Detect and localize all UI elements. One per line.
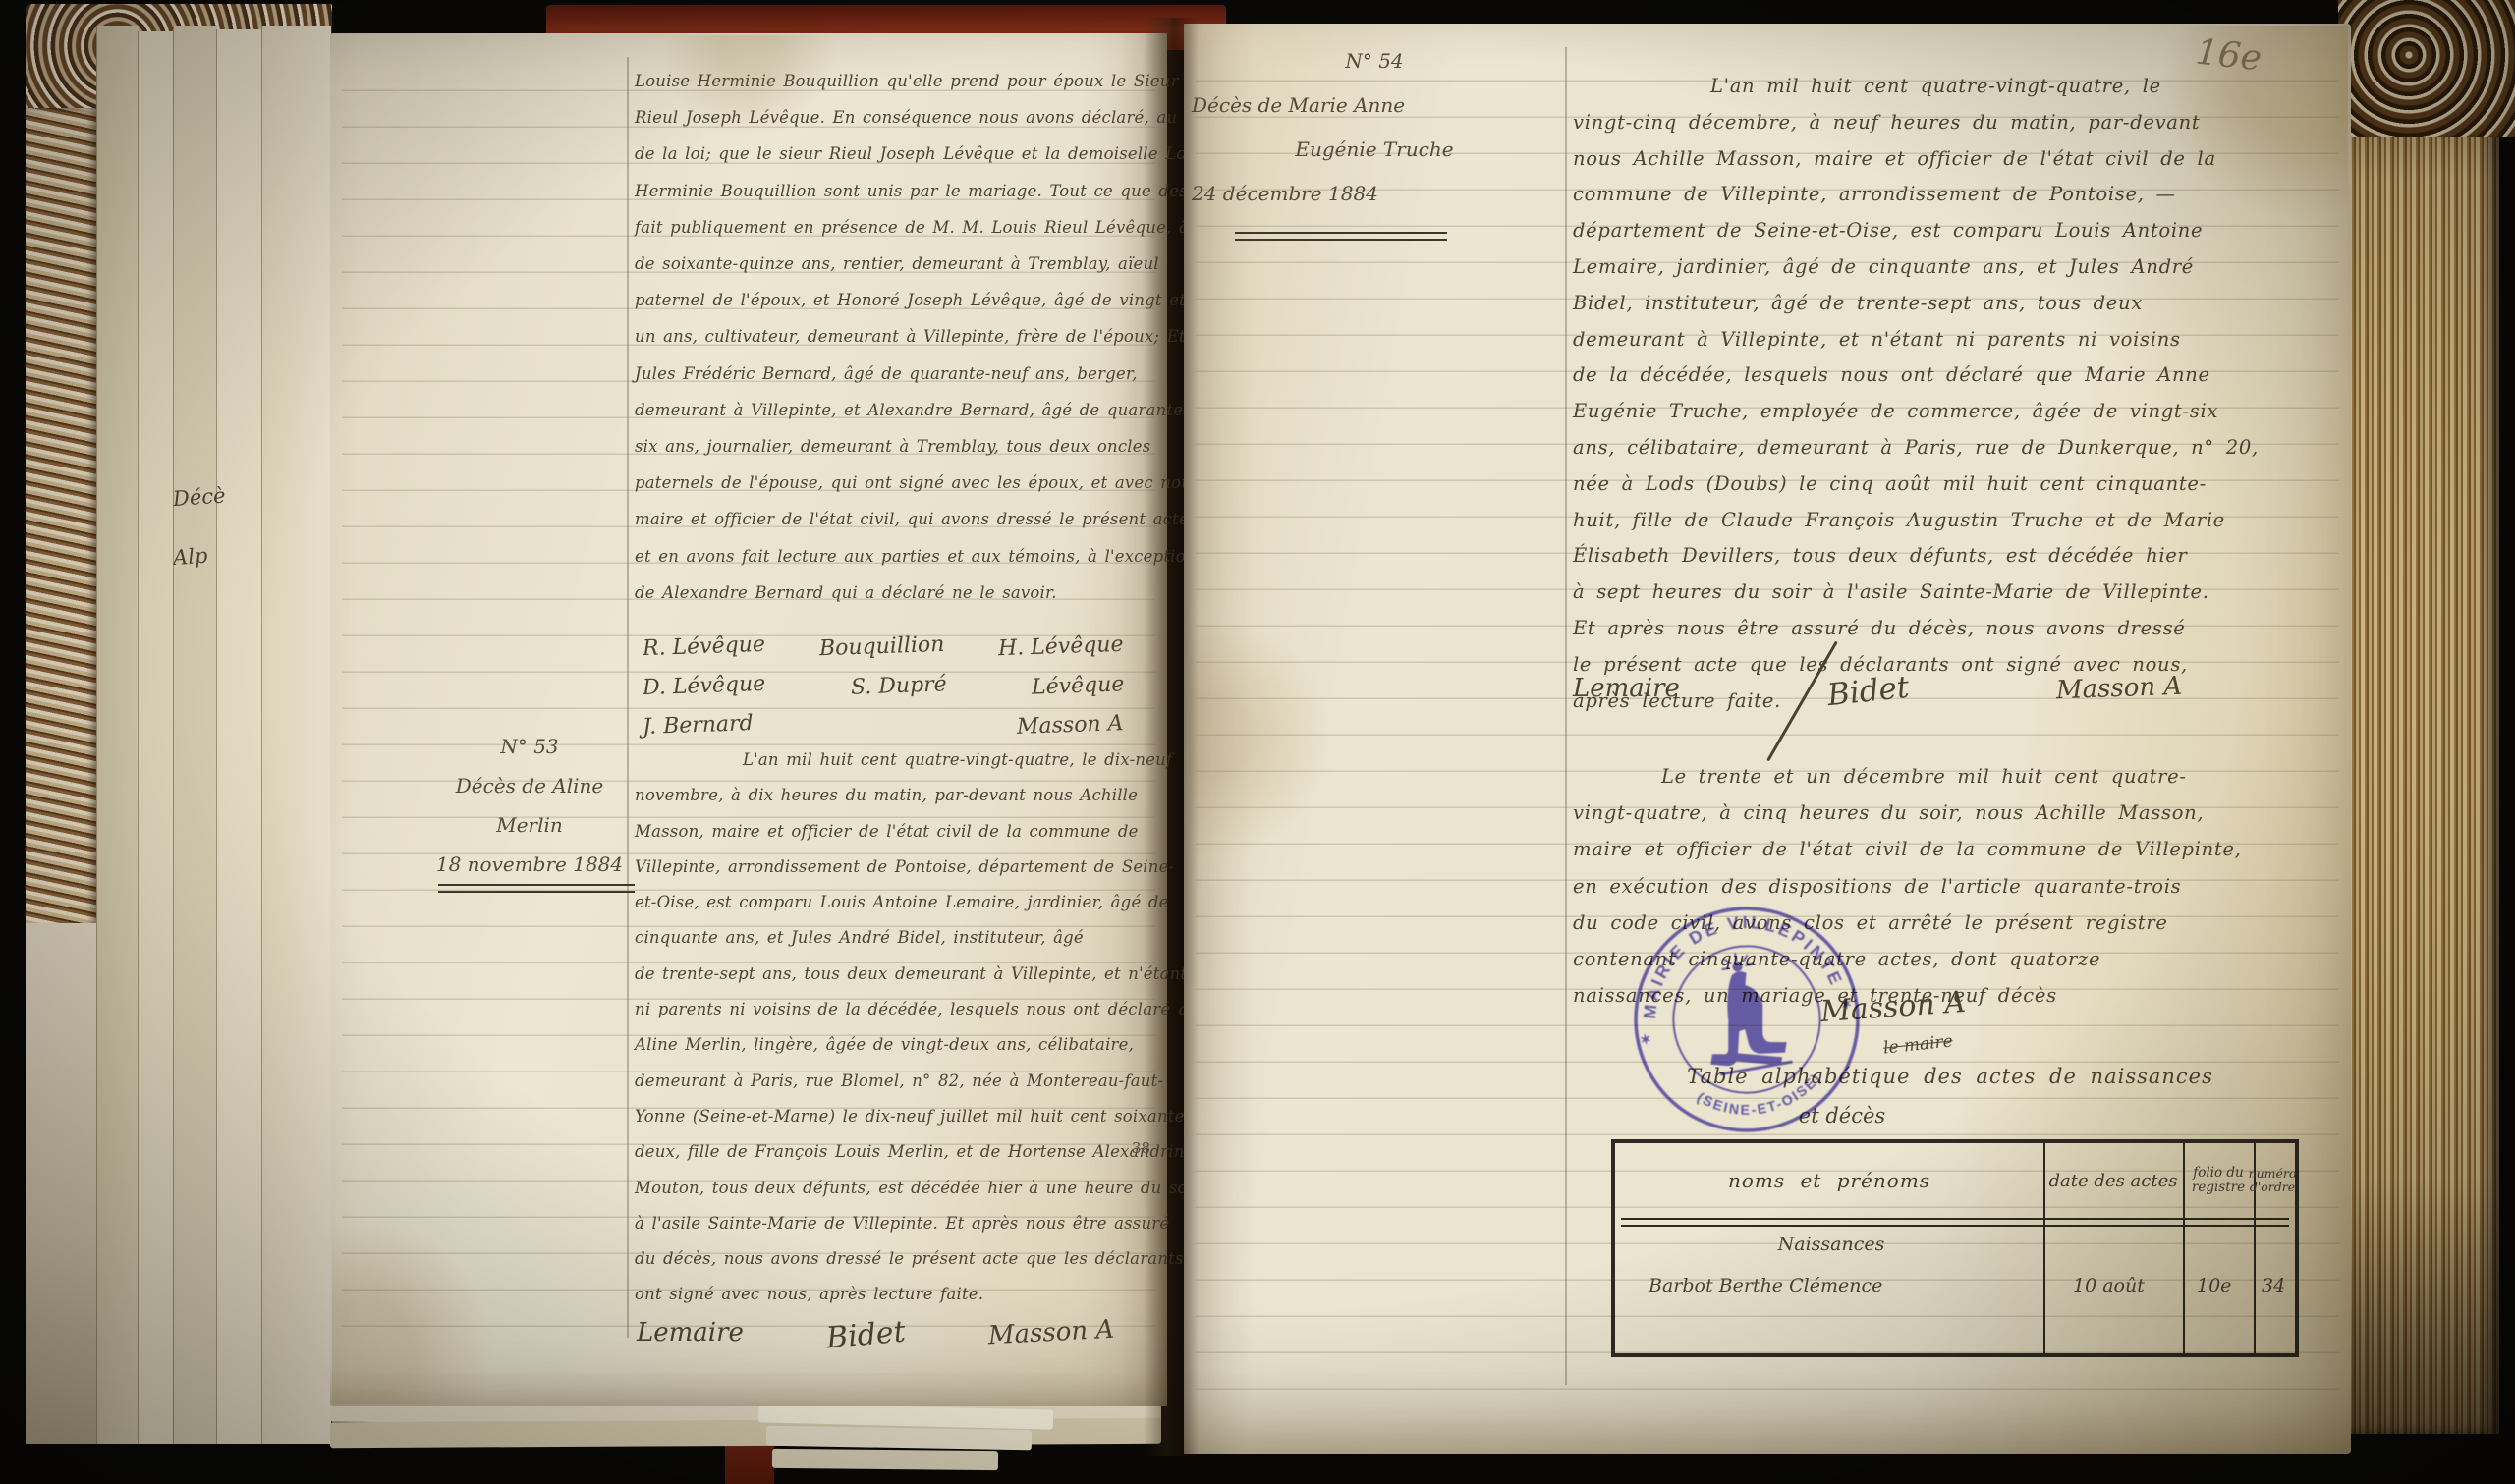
cover-edge-bottom-left [26,923,100,1444]
text-line: Yonne (Seine-et-Marne) le dix-neuf juill… [635,1099,1159,1134]
text-line: Mouton, tous deux défunts, est décédée h… [635,1171,1159,1206]
text-line: Et après nous être assuré du décès, nous… [1573,611,2334,647]
signature-row: R. Lévêque Bouquillion H. Lévêque [637,627,1130,666]
marbled-corner-top-right [2338,0,2515,137]
text-line: de la loi; que le sieur Rieul Joseph Lév… [635,136,1159,172]
text-line: maire et officier de l'état civil de la … [1573,831,2305,867]
text-line: département de Seine-et-Oise, est compar… [1573,213,2334,249]
signature: Bouquillion [819,632,945,660]
page-edge [772,1449,998,1470]
text-line: Le trente et un décembre mil huit cent q… [1573,758,2305,795]
text-line: Bidel, instituteur, âgé de trente-sept a… [1573,286,2334,322]
text-line: du décès, nous avons dressé le présent a… [635,1241,1159,1277]
act-54-signatures: Lemaire Bidet Masson A [1573,674,2182,709]
text-line: commune de Villepinte, arrondissement de… [1573,177,2334,213]
text-line: Louise Herminie Bouquillion qu'elle pren… [635,63,1159,99]
underpage-text-fragment: Décè [172,483,233,511]
stamp-star-right: ✶ [1839,995,1853,1013]
mairie-villepinte-stamp: MAIRIE DE VILLEPINTE (SEINE-ET-OISE) ✶ ✶ [1609,882,1884,1157]
act-53-signatures: Lemaire Bidet Masson A [637,1318,1114,1352]
text-line: Lemaire, jardinier, âgé de cinquante ans… [1573,249,2334,286]
text-line: cinquante ans, et Jules André Bidel, ins… [635,920,1159,956]
marbled-endpaper-left [26,108,98,933]
left-page: Louise Herminie Bouquillion qu'elle pren… [330,33,1167,1406]
signature-row: J. Bernard Masson A [637,705,1130,744]
column-header-folio: folio du registre [2183,1143,2254,1218]
signature: R. Lévêque [643,632,766,660]
text-line: nous Achille Masson, maire et officier d… [1573,141,2334,178]
text-line: ont signé avec nous, après lecture faite… [635,1277,1159,1312]
text-line: maire et officier de l'état civil, qui a… [635,501,1159,537]
signature: H. Lévêque [998,632,1124,660]
text-line: Aline Merlin, lingère, âgée de vingt-deu… [635,1027,1159,1063]
text-line: vingt-cinq décembre, à neuf heures du ma… [1573,105,2334,141]
text-line: demeurant à Villepinte, et Alexandre Ber… [635,392,1159,428]
table-header-rule [1621,1218,2289,1227]
table-cell-order: 34 [2262,1275,2285,1296]
act-53-death-text: L'an mil huit cent quatre-vingt-quatre, … [635,742,1159,1313]
table-section-naissances: Naissances [1694,1234,1969,1255]
text-line: Jules Frédéric Bernard, âgé de quarante-… [635,356,1159,392]
text-line: huit, fille de Claude François Augustin … [1573,503,2334,539]
text-line: paternel de l'époux, et Honoré Joseph Lé… [635,282,1159,318]
margin-note-date: 24 décembre 1884 [1192,172,1557,216]
table-cell-name: Barbot Berthe Clémence [1649,1275,1882,1296]
text-line: Eugénie Truche, employée de commerce, âg… [1573,394,2334,430]
text-line: en exécution des dispositions de l'artic… [1573,868,2305,905]
text-line: deux, fille de François Louis Merlin, et… [635,1134,1159,1170]
text-line: six ans, journalier, demeurant à Trembla… [635,428,1159,465]
column-header-order: numéro d'ordre [2254,1143,2291,1218]
text-line: et en avons fait lecture aux parties et … [635,538,1159,575]
signature: J. Bernard [643,711,754,740]
margin-rule [627,57,629,1338]
page-edge [261,26,331,1444]
acts-index-table: noms et prénoms date des actes folio du … [1611,1139,2299,1357]
registry-book-photo: { "left_page": { "act_52_continuation": … [0,0,2515,1484]
text-line: vingt-quatre, à cinq heures du soir, nou… [1573,795,2305,831]
bottom-page-edges-center [758,1402,1065,1481]
text-line: de soixante-quinze ans, rentier, demeura… [635,246,1159,282]
margin-note-line: Décès de Marie Anne [1192,83,1557,128]
text-line: de la décédée, lesquels nous ont déclaré… [1573,357,2334,394]
margin-note-line: Eugénie Truche [1192,128,1557,172]
margin-note-line: Décès de Aline [424,766,635,805]
text-line: demeurant à Villepinte, et n'étant ni pa… [1573,322,2334,358]
act-52-marriage-text: Louise Herminie Bouquillion qu'elle pren… [635,63,1159,611]
text-line: née à Lods (Doubs) le cinq août mil huit… [1573,467,2334,503]
signature: Masson A [2055,672,2182,711]
text-line: ni parents ni voisins de la décédée, les… [635,992,1159,1027]
text-line: à l'asile Sainte-Marie de Villepinte. Et… [635,1206,1159,1241]
text-line: de trente-sept ans, tous deux demeurant … [635,957,1159,992]
text-line: L'an mil huit cent quatre-vingt-quatre, … [635,742,1159,778]
page-edge [216,29,262,1444]
margin-rule [1565,47,1567,1385]
act-number: N° 54 [1192,39,1557,83]
signature: Bidet [1825,670,1911,714]
text-line: demeurant à Paris, rue Blomel, n° 82, né… [635,1064,1159,1099]
margin-note-act-54: N° 54 Décès de Marie Anne Eugénie Truche… [1192,39,1557,216]
text-line: L'an mil huit cent quatre-vingt-quatre, … [1573,69,2334,105]
stamp-star-left: ✶ [1639,1030,1652,1048]
stamp-bottom-text: (SEINE-ET-OISE) [1693,1068,1829,1127]
page-edge [173,26,217,1444]
text-line: fait publiquement en présence de M. M. L… [635,209,1159,246]
act-52-signatures: R. Lévêque Bouquillion H. Lévêque D. Lév… [637,627,1130,744]
column-header-names: noms et prénoms [1615,1143,2043,1218]
gilt-fore-edge [2348,8,2499,1434]
margin-separator-rule [1235,232,1447,241]
book-gutter-shadow [1144,18,1199,1456]
table-cell-folio: 10e [2197,1275,2231,1296]
page-edge [138,31,174,1444]
signature: D. Lévêque [643,671,766,699]
text-line: ans, célibataire, demeurant à Paris, rue… [1573,430,2334,467]
text-line: et-Oise, est comparu Louis Antoine Lemai… [635,885,1159,920]
signature: Masson A [987,1315,1115,1356]
text-line: Villepinte, arrondissement de Pontoise, … [635,850,1159,885]
svg-text:(SEINE-ET-OISE): (SEINE-ET-OISE) [1693,1068,1829,1127]
page-edge [96,26,139,1444]
act-54-death-text: L'an mil huit cent quatre-vingt-quatre, … [1573,69,2334,719]
stamp-graphic: MAIRIE DE VILLEPINTE (SEINE-ET-OISE) ✶ ✶ [1609,882,1884,1157]
margin-note-date: 18 novembre 1884 [424,845,635,884]
margin-note-line: Merlin [424,805,635,845]
column-header-date: date des actes [2043,1143,2183,1218]
signature: Lévêque [1031,672,1124,699]
text-line: de Alexandre Bernard qui a déclaré ne le… [635,575,1159,611]
signature: Bidet [825,1315,907,1356]
text-line: Rieul Joseph Lévêque. En conséquence nou… [635,99,1159,136]
text-line: novembre, à dix heures du matin, par-dev… [635,778,1159,813]
marianne-figure [1693,947,1792,1076]
act-number: N° 53 [424,727,635,766]
text-line: un ans, cultivateur, demeurant à Villepi… [635,318,1159,355]
margin-note-act-53: N° 53 Décès de Aline Merlin 18 novembre … [424,727,635,884]
signature: Lemaire [1573,674,1680,709]
signature: Lemaire [637,1318,744,1352]
margin-separator-rule [438,884,635,893]
text-line: à sept heures du soir à l'asile Sainte-M… [1573,575,2334,611]
signature: Masson A [1017,711,1124,740]
text-line: paternels de l'épouse, qui ont signé ave… [635,465,1159,501]
page-stack-edges-left: Décè Alp [96,26,330,1444]
signature-row: D. Lévêque S. Dupré Lévêque [637,666,1130,705]
underpage-text-fragment: Alp [172,542,233,570]
text-line: Herminie Bouquillion sont unis par le ma… [635,173,1159,209]
text-line: Masson, maire et officier de l'état civi… [635,814,1159,850]
signature: S. Dupré [850,672,947,699]
table-cell-date: 10 août [2073,1275,2145,1296]
text-line: Élisabeth Devillers, tous deux défunts, … [1573,538,2334,575]
page-edge [766,1426,1032,1451]
right-page: 16e N° 54 Décès de Marie Anne Eugénie Tr… [1184,24,2351,1454]
